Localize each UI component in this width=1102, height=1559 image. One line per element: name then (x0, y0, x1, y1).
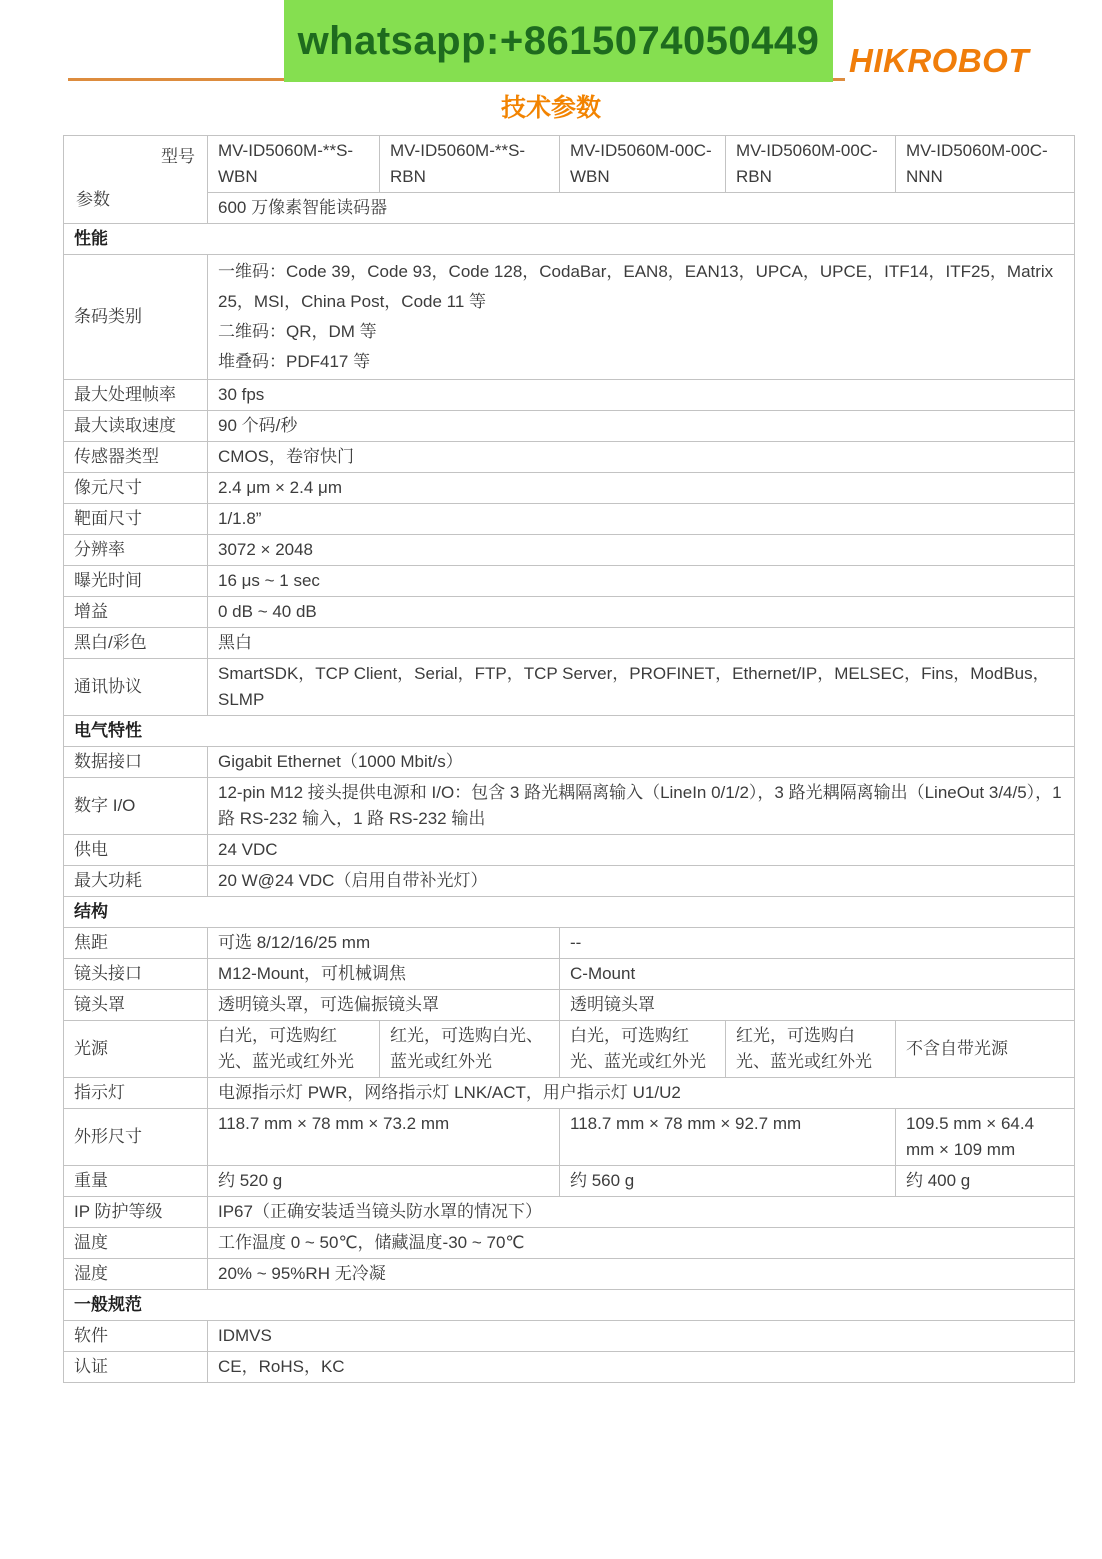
spec-value: IDMVS (208, 1321, 1075, 1352)
barcode-line-2d: 二维码：QR，DM 等 (218, 317, 1064, 347)
row-protocols: 通讯协议 SmartSDK，TCP Client，Serial，FTP，TCP … (64, 659, 1075, 716)
spec-value: Gigabit Ethernet（1000 Mbit/s） (208, 747, 1075, 778)
section-title: 电气特性 (64, 716, 1075, 747)
spec-value: 电源指示灯 PWR，网络指示灯 LNK/ACT，用户指示灯 U1/U2 (208, 1078, 1075, 1109)
row-gain: 增益 0 dB ~ 40 dB (64, 597, 1075, 628)
spec-value: 白光，可选购红光、蓝光或红外光 (208, 1021, 380, 1078)
spec-value: 90 个码/秒 (208, 411, 1075, 442)
row-mono-color: 黑白/彩色 黑白 (64, 628, 1075, 659)
spec-value: -- (560, 928, 1075, 959)
spec-label: 数据接口 (64, 747, 208, 778)
spec-label: 重量 (64, 1166, 208, 1197)
section-row-general: 一般规范 (64, 1290, 1075, 1321)
corner-cell: 型号 参数 (64, 136, 208, 224)
spec-label: 数字 I/O (64, 778, 208, 835)
model-column-header: MV-ID5060M-00C-WBN (560, 136, 726, 193)
spec-label: 光源 (64, 1021, 208, 1078)
corner-param-label: 参数 (76, 187, 110, 213)
section-row-electrical: 电气特性 (64, 716, 1075, 747)
spec-label: 认证 (64, 1352, 208, 1383)
spec-label: 分辨率 (64, 535, 208, 566)
whatsapp-banner: whatsapp:+8615074050449 (284, 0, 833, 82)
row-light-source: 光源 白光，可选购红光、蓝光或红外光 红光，可选购白光、蓝光或红外光 白光，可选… (64, 1021, 1075, 1078)
row-sensor-type: 传感器类型 CMOS，卷帘快门 (64, 442, 1075, 473)
hikrobot-logo-text: HIKROBOT (849, 42, 1029, 80)
spec-value: 白光，可选购红光、蓝光或红外光 (560, 1021, 726, 1078)
spec-value: 12-pin M12 接头提供电源和 I/O：包含 3 路光耦隔离输入（Line… (208, 778, 1075, 835)
row-lens-cover: 镜头罩 透明镜头罩，可选偏振镜头罩 透明镜头罩 (64, 990, 1075, 1021)
spec-value: 2.4 μm × 2.4 μm (208, 473, 1075, 504)
spec-value: 不含自带光源 (896, 1021, 1075, 1078)
spec-value: 30 fps (208, 380, 1075, 411)
spec-value: 黑白 (208, 628, 1075, 659)
model-column-header: MV-ID5060M-**S-WBN (208, 136, 380, 193)
spec-label: 曝光时间 (64, 566, 208, 597)
row-ip-rating: IP 防护等级 IP67（正确安装适当镜头防水罩的情况下） (64, 1197, 1075, 1228)
spec-value: 20% ~ 95%RH 无冷凝 (208, 1259, 1075, 1290)
spec-label: 供电 (64, 835, 208, 866)
spec-label: 最大功耗 (64, 866, 208, 897)
section-row-performance: 性能 (64, 224, 1075, 255)
spec-label: 传感器类型 (64, 442, 208, 473)
row-power-supply: 供电 24 VDC (64, 835, 1075, 866)
spec-value: SmartSDK，TCP Client，Serial，FTP，TCP Serve… (208, 659, 1075, 716)
spec-table: 型号 参数 MV-ID5060M-**S-WBN MV-ID5060M-**S-… (63, 135, 1075, 1383)
row-indicators: 指示灯 电源指示灯 PWR，网络指示灯 LNK/ACT，用户指示灯 U1/U2 (64, 1078, 1075, 1109)
table-header-row: 型号 参数 MV-ID5060M-**S-WBN MV-ID5060M-**S-… (64, 136, 1075, 193)
model-column-header: MV-ID5060M-**S-RBN (380, 136, 560, 193)
row-lens-mount: 镜头接口 M12-Mount，可机械调焦 C-Mount (64, 959, 1075, 990)
spec-label: 最大处理帧率 (64, 380, 208, 411)
spec-label: 像元尺寸 (64, 473, 208, 504)
spec-value: 约 520 g (208, 1166, 560, 1197)
row-resolution: 分辨率 3072 × 2048 (64, 535, 1075, 566)
spec-label: 增益 (64, 597, 208, 628)
row-weight: 重量 约 520 g 约 560 g 约 400 g (64, 1166, 1075, 1197)
product-family-row: 600 万像素智能读码器 (64, 193, 1075, 224)
row-pixel-size: 像元尺寸 2.4 μm × 2.4 μm (64, 473, 1075, 504)
spec-label: 通讯协议 (64, 659, 208, 716)
spec-label: 靶面尺寸 (64, 504, 208, 535)
hikrobot-logo: HIKROBOT (849, 40, 1049, 82)
corner-model-label: 型号 (161, 144, 195, 170)
model-column-header: MV-ID5060M-00C-NNN (896, 136, 1075, 193)
page-title: 技术参数 (0, 88, 1102, 124)
spec-value: 109.5 mm × 64.4 mm × 109 mm (896, 1109, 1075, 1166)
spec-value: CE，RoHS，KC (208, 1352, 1075, 1383)
spec-value: 透明镜头罩 (560, 990, 1075, 1021)
spec-label: 条码类别 (64, 255, 208, 380)
row-max-read-speed: 最大读取速度 90 个码/秒 (64, 411, 1075, 442)
whatsapp-contact-text: whatsapp:+8615074050449 (298, 19, 820, 64)
spec-value: 红光，可选购白光、蓝光或红外光 (726, 1021, 896, 1078)
row-barcode-types: 条码类别 一维码：Code 39，Code 93，Code 128，CodaBa… (64, 255, 1075, 380)
spec-value: IP67（正确安装适当镜头防水罩的情况下） (208, 1197, 1075, 1228)
spec-value: 透明镜头罩，可选偏振镜头罩 (208, 990, 560, 1021)
spec-label: 镜头接口 (64, 959, 208, 990)
product-family-cell: 600 万像素智能读码器 (208, 193, 1075, 224)
row-humidity: 湿度 20% ~ 95%RH 无冷凝 (64, 1259, 1075, 1290)
row-sensor-format: 靶面尺寸 1/1.8” (64, 504, 1075, 535)
spec-value: 1/1.8” (208, 504, 1075, 535)
section-title: 性能 (64, 224, 1075, 255)
spec-label: 最大读取速度 (64, 411, 208, 442)
spec-value: C-Mount (560, 959, 1075, 990)
row-max-frame-rate: 最大处理帧率 30 fps (64, 380, 1075, 411)
barcode-line-stacked: 堆叠码：PDF417 等 (218, 347, 1064, 377)
model-column-header: MV-ID5060M-00C-RBN (726, 136, 896, 193)
spec-value: 16 μs ~ 1 sec (208, 566, 1075, 597)
spec-value: 工作温度 0 ~ 50℃，储藏温度-30 ~ 70℃ (208, 1228, 1075, 1259)
spec-value: 约 560 g (560, 1166, 896, 1197)
spec-value: 约 400 g (896, 1166, 1075, 1197)
spec-label: IP 防护等级 (64, 1197, 208, 1228)
row-certification: 认证 CE，RoHS，KC (64, 1352, 1075, 1383)
spec-label: 外形尺寸 (64, 1109, 208, 1166)
spec-value: 20 W@24 VDC（启用自带补光灯） (208, 866, 1075, 897)
section-title: 一般规范 (64, 1290, 1075, 1321)
row-focal-length: 焦距 可选 8/12/16/25 mm -- (64, 928, 1075, 959)
spec-label: 温度 (64, 1228, 208, 1259)
spec-label: 镜头罩 (64, 990, 208, 1021)
section-row-mechanical: 结构 (64, 897, 1075, 928)
spec-label: 指示灯 (64, 1078, 208, 1109)
spec-value: 一维码：Code 39，Code 93，Code 128，CodaBar，EAN… (208, 255, 1075, 380)
row-digital-io: 数字 I/O 12-pin M12 接头提供电源和 I/O：包含 3 路光耦隔离… (64, 778, 1075, 835)
row-dimensions: 外形尺寸 118.7 mm × 78 mm × 73.2 mm 118.7 mm… (64, 1109, 1075, 1166)
spec-label: 黑白/彩色 (64, 628, 208, 659)
spec-value: 红光，可选购白光、蓝光或红外光 (380, 1021, 560, 1078)
spec-label: 湿度 (64, 1259, 208, 1290)
section-title: 结构 (64, 897, 1075, 928)
row-temperature: 温度 工作温度 0 ~ 50℃，储藏温度-30 ~ 70℃ (64, 1228, 1075, 1259)
spec-value: 3072 × 2048 (208, 535, 1075, 566)
spec-label: 软件 (64, 1321, 208, 1352)
row-software: 软件 IDMVS (64, 1321, 1075, 1352)
spec-value: 0 dB ~ 40 dB (208, 597, 1075, 628)
spec-value: M12-Mount，可机械调焦 (208, 959, 560, 990)
spec-sheet-page: whatsapp:+8615074050449 HIKROBOT 技术参数 型号… (0, 0, 1102, 1559)
row-data-interface: 数据接口 Gigabit Ethernet（1000 Mbit/s） (64, 747, 1075, 778)
spec-value: CMOS，卷帘快门 (208, 442, 1075, 473)
spec-label: 焦距 (64, 928, 208, 959)
barcode-line-1d: 一维码：Code 39，Code 93，Code 128，CodaBar，EAN… (218, 257, 1064, 317)
spec-value: 24 VDC (208, 835, 1075, 866)
spec-value: 可选 8/12/16/25 mm (208, 928, 560, 959)
row-max-power: 最大功耗 20 W@24 VDC（启用自带补光灯） (64, 866, 1075, 897)
spec-value: 118.7 mm × 78 mm × 73.2 mm (208, 1109, 560, 1166)
spec-value: 118.7 mm × 78 mm × 92.7 mm (560, 1109, 896, 1166)
row-exposure-time: 曝光时间 16 μs ~ 1 sec (64, 566, 1075, 597)
